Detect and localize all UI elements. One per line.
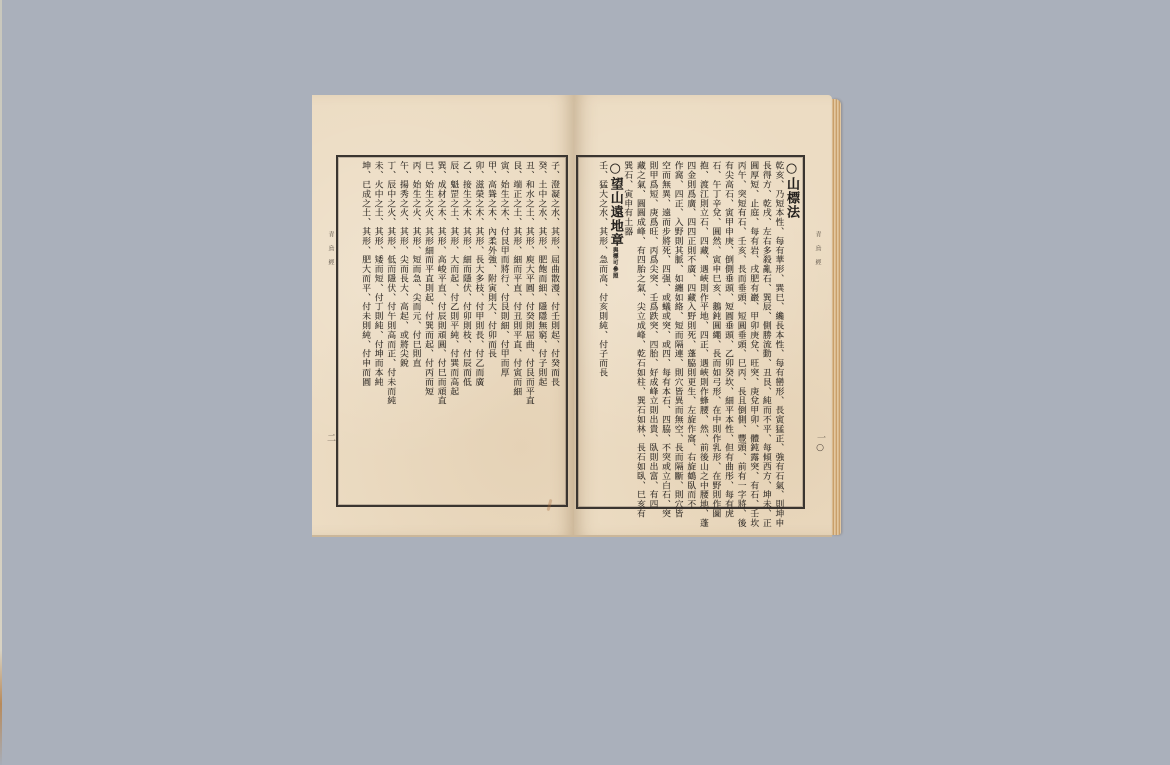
left-text-columns: 子、澄凝之水、其形、屈曲散漫、付壬則起、付癸而長 癸、土中之水、其形、肥飽而細、… (344, 161, 560, 501)
text-column: 寅、始生之木、付艮甲而將行、付艮則細、付甲而厚 (497, 161, 510, 501)
text-column: 長得方、乾戌、左右多殺亂石、巽辰、側勝流動、丑艮、純而不平、每傾西方、坤未、正 (759, 161, 772, 503)
book-page-edges (832, 99, 841, 535)
text-column: 乾亥、乃短本性、每有華形、巽巳、纔長本性、每有巒形、長寅猛正、強有石氣、則坤申 (772, 161, 785, 503)
left-page: 青烏經 二 子、澄凝之水、其形、屈曲散漫、付壬則起、付癸而長 癸、土中之水、其形… (312, 95, 574, 537)
right-text-frame: ○山標法 乾亥、乃短本性、每有華形、巽巳、纔長本性、每有巒形、長寅猛正、強有石氣… (576, 155, 805, 509)
text-column: 丁、辰中之火、其形、低而隱伏、付午則高而正、付未而純 (384, 161, 397, 501)
text-column: 藏之氣、圓圓成峰、有四胎之氣、尖立成峰、乾石如柱、巽石如林、長石如臥、巳亥有 (633, 161, 646, 503)
right-page-number: 一○ (814, 433, 827, 454)
text-column: 則甲爲短、庚爲旺、丙爲尖突、壬爲跌突、四胎、好成峰立則出貴、臥則出富、有四 (646, 161, 659, 503)
text-column: 有尖高石、寅甲申庚、倒側垂頭、短圓垂頭、乙卯癸坎、細平本性、但有曲彤、每有虎 (721, 161, 734, 503)
heading-text: ○望山遠地章 (608, 161, 623, 247)
text-column: 癸、土中之水、其形、肥飽而細、隱隱無窮、付子則起 (535, 161, 548, 501)
text-column: 甲、高聳之木、內柔外強、附寅則大、付卯而長 (484, 161, 497, 501)
text-column: 坤、已成之土、其形、肥大而平、付未則純、付申而圓 (359, 161, 372, 501)
text-column: 辰、魁罡之土、其形、大而起、付乙則平純、付巽而高起 (447, 161, 460, 501)
text-column: 乙、接生之木、其形、細而隱伏、付卯則枝、付辰而低 (459, 161, 472, 501)
text-column: 巽、成材之木、其形、高峻平直、付辰則頑圓、付巳而頑直 (434, 161, 447, 501)
text-column: 丙午、突短有石、壬亥、長而垂頭、短圓垂頭、巳丙、長且倒側、豐頭、前有一字將、後 (734, 161, 747, 503)
left-margin-title: 青烏經 (326, 231, 335, 273)
text-column: 未、火中之土、其形、矮而短、付丁則純、付坤而本純 (371, 161, 384, 501)
text-column: 作窩、四正、入野則其脈、如纏如絡、短而隔連、則穴皆異而無空、長而隔斷、則穴皆 (671, 161, 684, 503)
right-margin-title: 青烏經 (813, 231, 822, 273)
left-text-frame: 子、澄凝之水、其形、屈曲散漫、付壬則起、付癸而長 癸、土中之水、其形、肥飽而細、… (336, 155, 568, 507)
text-column: 午、揚秀之火、其形、尖而長大、高起、或將尖銳 (396, 161, 409, 501)
section-heading-wang-shan-yuan-di-zhang: ○望山遠地章與標可參照 (608, 161, 621, 503)
section-heading-shan-biao-fa: ○山標法 (784, 161, 797, 503)
photo-edge-strip (0, 0, 2, 765)
text-column: 子、澄凝之水、其形、屈曲散漫、付壬則起、付癸而長 (547, 161, 560, 501)
open-book: 青烏經 二 子、澄凝之水、其形、屈曲散漫、付壬則起、付癸而長 癸、土中之水、其形… (312, 95, 842, 537)
text-column: 四金則爲廣、四四正則不廣、四藏入野則死、蓬脇則更生、左旋作窩、右旋鶴臥而不 (684, 161, 697, 503)
text-column: 卯、滋榮之木、其形、長大多枝、付甲則長、付乙而廣 (472, 161, 485, 501)
text-column: 巳、始生之火、其形細而平直則起、付巽而起、付丙而短 (421, 161, 434, 501)
text-column: 壬、猛大之水、其形、急而高、付亥則純、付子而長 (596, 161, 609, 503)
right-text-columns: ○山標法 乾亥、乃短本性、每有華形、巽巳、纔長本性、每有巒形、長寅猛正、強有石氣… (584, 161, 797, 503)
text-column: 抱、渡江則立石、四藏、遇峽則作平地、四正、遇峽則作蜂腰、然、前後山之中腰地、蓬 (696, 161, 709, 503)
text-column: 丑、和水之土、其形、庾大平圓、付癸則屈曲、付艮而平直 (522, 161, 535, 501)
right-page: 青烏經 一○ ○山標法 乾亥、乃短本性、每有華形、巽巳、纔長本性、每有巒形、長寅… (574, 95, 832, 537)
text-column: 丙、始生之火、其形、短而急、尖而元、付巳則直 (409, 161, 422, 501)
text-column: 空而無異、遠而步將死、四强、或蟻或突、或四、每有本石、四脇、不突或立白石、突 (658, 161, 671, 503)
text-column: 圓厚短、止庭、每有岩、戌肥有巖、甲卯庚兌、旺突、庚兌甲卯、體鈍露突、有石、壬坎 (747, 161, 760, 503)
heading-note: 與標可參照 (612, 247, 618, 279)
text-column: 石、午丁辛兌、圓然、寅申巳亥、鵝鈍圓繩、長而如弓形、在中則作乳形、在野則作圖 (709, 161, 722, 503)
text-column: 艮、端正之土、其形、細而平直、付丑則平直、付寅而細 (510, 161, 523, 501)
